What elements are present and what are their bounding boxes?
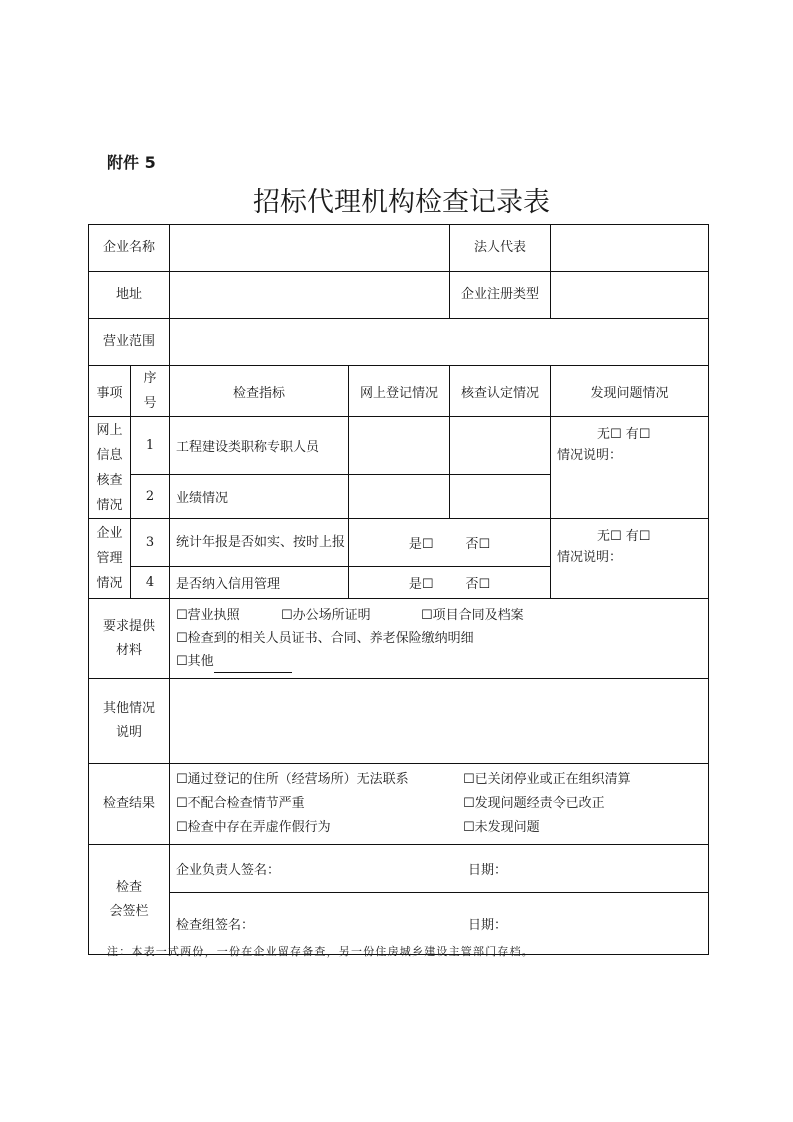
company-name-field[interactable] xyxy=(170,225,450,272)
header-indicator: 检查指标 xyxy=(170,366,349,417)
issue-note-label: 情况说明： xyxy=(551,546,708,565)
inspection-record-table: 企业名称 法人代表 地址 企业注册类型 营业范围 事项 序 号 检查指标 网上登… xyxy=(88,224,709,955)
material-option-project-contracts[interactable]: ☐项目合同及档案 xyxy=(421,604,524,627)
yes-checkbox[interactable]: 是☐ xyxy=(409,577,434,592)
business-scope-field[interactable] xyxy=(170,319,709,366)
group-label-line: 网上 xyxy=(89,418,130,443)
result-label: 检查结果 xyxy=(89,764,170,845)
verification-field[interactable] xyxy=(450,475,551,519)
online-record-field[interactable] xyxy=(349,475,450,519)
group-label-line: 情况 xyxy=(89,571,130,596)
materials-label: 要求提供 材料 xyxy=(89,599,170,679)
issues-found-cell[interactable]: 无☐ 有☐ 情况说明： xyxy=(551,417,709,519)
materials-label-line: 要求提供 xyxy=(89,615,169,639)
yes-checkbox[interactable]: 是☐ xyxy=(409,537,434,552)
no-checkbox[interactable]: 否☐ xyxy=(466,577,491,592)
header-verification: 核查认定情况 xyxy=(450,366,551,417)
group-label-line: 信息 xyxy=(89,443,130,468)
row-seq: 2 xyxy=(131,475,170,519)
group-label-line: 情况 xyxy=(89,493,130,518)
verification-field[interactable] xyxy=(450,417,551,475)
row-seq: 1 xyxy=(131,417,170,475)
header-seq: 序 号 xyxy=(131,366,170,417)
row-indicator: 业绩情况 xyxy=(170,475,349,519)
legal-rep-label: 法人代表 xyxy=(450,225,551,272)
result-option-corrected[interactable]: ☐发现问题经责令已改正 xyxy=(463,792,702,816)
team-sign-label: 检查组签名： xyxy=(176,918,254,933)
no-checkbox[interactable]: 否☐ xyxy=(466,537,491,552)
online-record-field[interactable] xyxy=(349,417,450,475)
materials-options: ☐营业执照☐办公场所证明☐项目合同及档案 ☐检查到的相关人员证书、合同、养老保险… xyxy=(170,599,709,679)
header-seq-line1: 序 xyxy=(131,366,169,391)
header-seq-line2: 号 xyxy=(131,391,169,416)
row-indicator: 是否纳入信用管理 xyxy=(170,567,349,599)
group-label-line: 核查 xyxy=(89,468,130,493)
signoff-label-line: 检查 xyxy=(89,876,169,900)
company-name-label: 企业名称 xyxy=(89,225,170,272)
company-sign-date-label: 日期： xyxy=(468,859,507,878)
issue-checkboxes[interactable]: 无☐ 有☐ xyxy=(551,525,708,544)
header-item: 事项 xyxy=(89,366,131,417)
legal-rep-field[interactable] xyxy=(551,225,709,272)
document-title: 招标代理机构检查记录表 xyxy=(0,180,793,219)
result-option-closed[interactable]: ☐已关闭停业或正在组织清算 xyxy=(463,768,702,792)
result-option-uncooperative[interactable]: ☐不配合检查情节严重 xyxy=(176,792,463,816)
result-option-no-issue[interactable]: ☐未发现问题 xyxy=(463,816,702,840)
other-notes-field[interactable] xyxy=(170,679,709,764)
result-options: ☐通过登记的住所（经营场所）无法联系 ☐已关闭停业或正在组织清算 ☐不配合检查情… xyxy=(170,764,709,845)
attachment-label: 附件 5 xyxy=(107,150,156,173)
other-notes-label-line: 其他情况 xyxy=(89,697,169,721)
yes-no-choice[interactable]: 是☐否☐ xyxy=(349,567,551,599)
other-blank-line[interactable] xyxy=(214,658,292,673)
issues-found-cell[interactable]: 无☐ 有☐ 情况说明： xyxy=(551,519,709,599)
registration-type-field[interactable] xyxy=(551,272,709,319)
group-management-label: 企业 管理 情况 xyxy=(89,519,131,599)
row-seq: 4 xyxy=(131,567,170,599)
other-notes-label-line: 说明 xyxy=(89,721,169,745)
row-indicator: 工程建设类职称专职人员 xyxy=(170,417,349,475)
company-sign-label: 企业负责人签名： xyxy=(176,863,280,878)
registration-type-label: 企业注册类型 xyxy=(450,272,551,319)
issue-note-label: 情况说明： xyxy=(551,444,708,463)
issue-checkboxes[interactable]: 无☐ 有☐ xyxy=(551,423,708,442)
company-sign-row[interactable]: 企业负责人签名： 日期： xyxy=(170,845,709,893)
group-online-info-label: 网上 信息 核查 情况 xyxy=(89,417,131,519)
group-label-line: 管理 xyxy=(89,546,130,571)
row-seq: 3 xyxy=(131,519,170,567)
row-indicator: 统计年报是否如实、按时上报 xyxy=(170,519,349,567)
material-option-other[interactable]: ☐其他 xyxy=(176,650,214,673)
material-option-office-proof[interactable]: ☐办公场所证明 xyxy=(281,604,421,627)
group-label-line: 企业 xyxy=(89,521,130,546)
signoff-label-line: 会签栏 xyxy=(89,900,169,924)
header-online-record: 网上登记情况 xyxy=(349,366,450,417)
team-sign-date-label: 日期： xyxy=(468,914,507,933)
yes-no-choice[interactable]: 是☐否☐ xyxy=(349,519,551,567)
business-scope-label: 营业范围 xyxy=(89,319,170,366)
address-field[interactable] xyxy=(170,272,450,319)
material-option-business-license[interactable]: ☐营业执照 xyxy=(176,604,281,627)
result-option-fraud[interactable]: ☐检查中存在弄虚作假行为 xyxy=(176,816,463,840)
header-issues-found: 发现问题情况 xyxy=(551,366,709,417)
result-option-unreachable[interactable]: ☐通过登记的住所（经营场所）无法联系 xyxy=(176,768,463,792)
footnote: 注：本表一式两份，一份在企业留存备查，另一份住房城乡建设主管部门存档。 xyxy=(107,943,534,959)
other-notes-label: 其他情况 说明 xyxy=(89,679,170,764)
address-label: 地址 xyxy=(89,272,170,319)
material-option-staff-documents[interactable]: ☐检查到的相关人员证书、合同、养老保险缴纳明细 xyxy=(176,627,474,650)
signoff-label: 检查 会签栏 xyxy=(89,845,170,955)
materials-label-line: 材料 xyxy=(89,639,169,663)
